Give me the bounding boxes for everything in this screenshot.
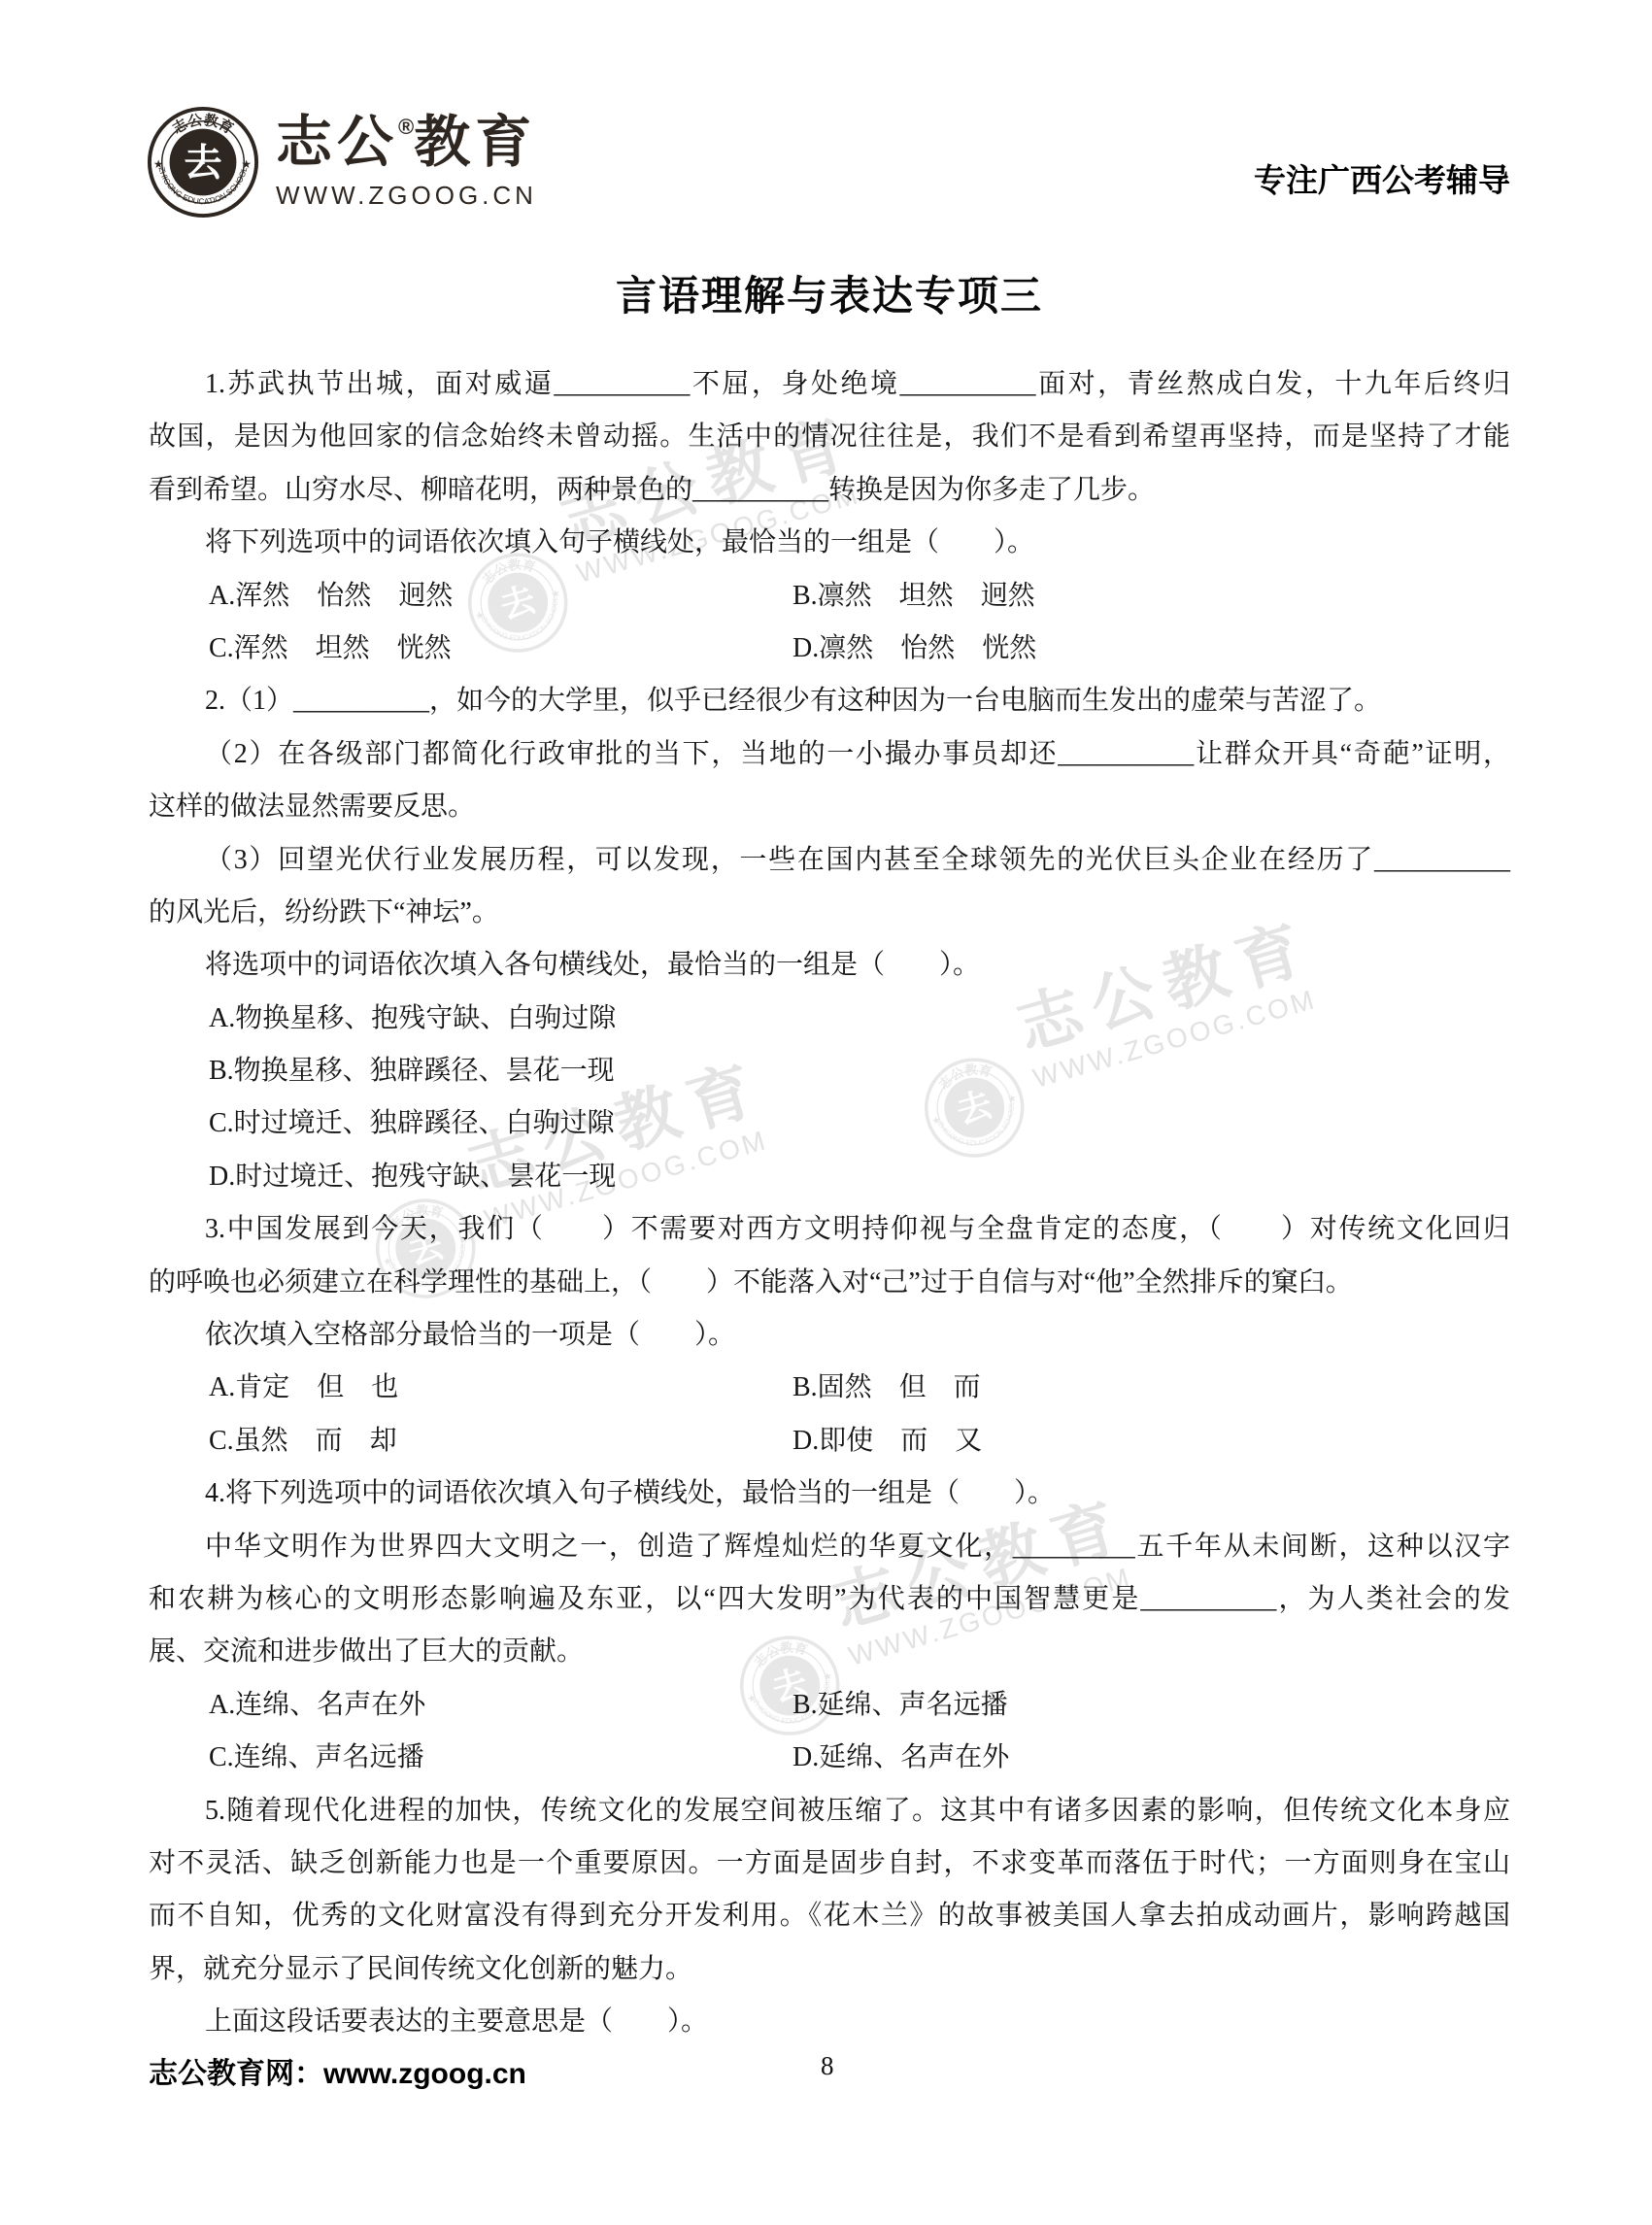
q2-text-line-5: 的风光后，纷纷跌下“神坛”。 — [149, 887, 1510, 939]
q5-text-line-1: 5.随着现代化进程的加快，传统文化的发展空间被压缩了。这其中有诸多因素的影响，但… — [149, 1785, 1510, 1837]
q4-text-line-2: 和农耕为核心的文明形态影响遍及东亚，以“四大发明”为代表的中国智慧更是_____… — [149, 1573, 1510, 1626]
q4-option-c: C.连绵、声名远播 — [209, 1732, 792, 1784]
q5-text-line-4: 界，就充分显示了民间传统文化创新的魅力。 — [149, 1943, 1510, 1996]
q3-options-row-1: A.肯定 但 也 B.固然 但 而 — [149, 1362, 1510, 1414]
document-body: 1.苏武执节出城，面对威逼__________不屈，身处绝境__________… — [149, 358, 1510, 2049]
q3-text-line-1: 3.中国发展到今天，我们（ ）不需要对西方文明持仰视与全盘肯定的态度，（ ）对传… — [149, 1203, 1510, 1256]
q4-option-a: A.连绵、名声在外 — [209, 1679, 792, 1732]
q3-option-d: D.即使 而 又 — [792, 1415, 982, 1467]
header-tagline: 专注广西公考辅导 — [1254, 155, 1510, 201]
q5-prompt: 上面这段话要表达的主要意思是（ ）。 — [149, 1996, 1510, 2048]
q1-option-b: B.凛然 坦然 迥然 — [792, 570, 1035, 623]
q1-text-line-2: 故国，是因为他回家的信念始终未曾动摇。生活中的情况往往是，我们不是看到希望再坚持… — [149, 411, 1510, 463]
page-title: 言语理解与表达专项三 — [149, 264, 1510, 322]
q2-option-a: A.物换星移、抱残守缺、白驹过隙 — [149, 993, 1510, 1045]
footer-site-link: 志公教育网：www.zgoog.cn — [149, 2049, 526, 2092]
q1-option-d: D.凛然 怡然 恍然 — [792, 623, 1036, 675]
q3-option-a: A.肯定 但 也 — [209, 1362, 792, 1414]
q2-text-line-1: 2.（1）__________，如今的大学里，似乎已经很少有这种因为一台电脑而生… — [149, 675, 1510, 727]
seal-center-glyph: 去 — [184, 142, 221, 185]
q3-options-row-2: C.虽然 而 却 D.即使 而 又 — [149, 1415, 1510, 1467]
q4-options-row-2: C.连绵、声名远播 D.延绵、名声在外 — [149, 1732, 1510, 1784]
q4-option-b: B.延绵、声名远播 — [792, 1679, 1008, 1732]
q4-option-d: D.延绵、名声在外 — [792, 1732, 1009, 1784]
q4-options-row-1: A.连绵、名声在外 B.延绵、声名远播 — [149, 1679, 1510, 1732]
q1-option-c: C.浑然 坦然 恍然 — [209, 623, 792, 675]
q2-text-line-3: 这样的做法显然需要反思。 — [149, 781, 1510, 833]
q1-options-row-1: A.浑然 怡然 迥然 B.凛然 坦然 迥然 — [149, 570, 1510, 623]
q1-option-a: A.浑然 怡然 迥然 — [209, 570, 792, 623]
q3-text-line-2: 的呼唤也必须建立在科学理性的基础上，（ ）不能落入对“己”过于自信与对“他”全然… — [149, 1257, 1510, 1309]
q1-text-line-1: 1.苏武执节出城，面对威逼__________不屈，身处绝境__________… — [149, 358, 1510, 411]
brand-text-block: 志公®教育 WWW.ZGOOG.CN — [276, 105, 537, 211]
document-page: 去 志公教育 ZHIGONG EDUCATION SCHOOL ★ ★ 志公教育… — [0, 0, 1652, 2225]
brand-reg-mark: ® — [398, 115, 414, 139]
q4-text-line-3: 展、交流和进步做出了巨大的贡献。 — [149, 1626, 1510, 1678]
q4-text-line-1: 中华文明作为世界四大文明之一，创造了辉煌灿烂的华夏文化，_________五千年… — [149, 1521, 1510, 1573]
brand-logo: 去 志公教育 ZHIGONG EDUCATION SCHOOL ★ ★ 志公®教… — [146, 105, 537, 219]
q5-text-line-2: 对不灵活、缺乏创新能力也是一个重要原因。一方面是固步自封，不求变革而落伍于时代；… — [149, 1837, 1510, 1890]
q1-prompt: 将下列选项中的词语依次填入句子横线处，最恰当的一组是（ ）。 — [149, 517, 1510, 569]
svg-text:★: ★ — [153, 157, 164, 171]
q1-options-row-2: C.浑然 坦然 恍然 D.凛然 怡然 恍然 — [149, 623, 1510, 675]
brand-name: 志公®教育 — [276, 115, 537, 171]
q2-option-c: C.时过境迁、独辟蹊径、白驹过隙 — [149, 1097, 1510, 1150]
q3-option-b: B.固然 但 而 — [792, 1362, 981, 1414]
svg-text:★: ★ — [241, 157, 252, 171]
q2-option-b: B.物换星移、独辟蹊径、昙花一现 — [149, 1045, 1510, 1097]
q1-text-line-3: 看到希望。山穷水尽、柳暗花明，两种景色的__________转换是因为你多走了几… — [149, 464, 1510, 517]
q4-prompt: 4.将下列选项中的词语依次填入句子横线处，最恰当的一组是（ ）。 — [149, 1467, 1510, 1520]
page-number: 8 — [821, 2051, 834, 2081]
q3-prompt: 依次填入空格部分最恰当的一项是（ ）。 — [149, 1309, 1510, 1362]
q2-text-line-2: （2）在各级部门都简化行政审批的当下，当地的一小撮办事员却还__________… — [149, 728, 1510, 781]
q3-option-c: C.虽然 而 却 — [209, 1415, 792, 1467]
q2-prompt: 将选项中的词语依次填入各句横线处，最恰当的一组是（ ）。 — [149, 939, 1510, 992]
q5-text-line-3: 而不自知，优秀的文化财富没有得到充分开发利用。《花木兰》的故事被美国人拿去拍成动… — [149, 1890, 1510, 1942]
zhigong-seal-icon: 去 志公教育 ZHIGONG EDUCATION SCHOOL ★ ★ — [146, 105, 260, 219]
q2-option-d: D.时过境迁、抱残守缺、昙花一现 — [149, 1151, 1510, 1203]
brand-url: WWW.ZGOOG.CN — [276, 181, 537, 211]
q2-text-line-4: （3）回望光伏行业发展历程，可以发现，一些在国内甚至全球领先的光伏巨头企业在经历… — [149, 834, 1510, 887]
